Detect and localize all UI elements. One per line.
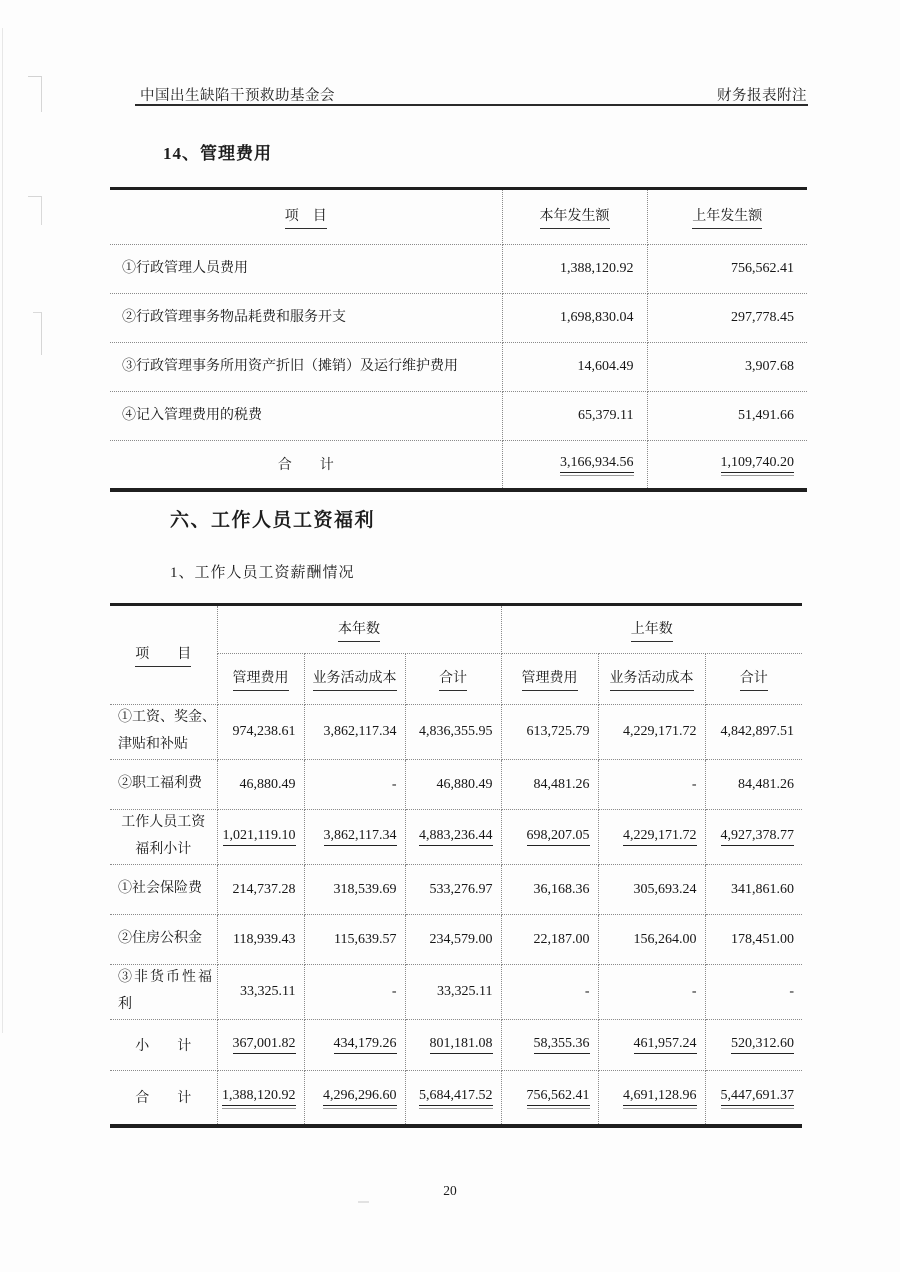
cy-admin-amount: 214,737.28 bbox=[217, 865, 304, 915]
py-total-amount: 4,842,897.51 bbox=[705, 705, 802, 760]
py-total-amount: - bbox=[705, 965, 802, 1020]
section-title-admin-expenses: 14、管理费用 bbox=[163, 139, 272, 164]
py-activity-amount: - bbox=[598, 965, 705, 1020]
item-label: ③非货币性福 利 bbox=[110, 965, 217, 1020]
py-activity-amount: 156,264.00 bbox=[598, 915, 705, 965]
column-header-activity-cost: 业务活动成本 bbox=[598, 654, 705, 705]
scan-artifact-bracket bbox=[28, 76, 42, 112]
table-row: ③非货币性福 利 33,325.11 - 33,325.11 - - - bbox=[110, 965, 802, 1020]
column-header-item: 项 目 bbox=[110, 189, 502, 245]
staff-salary-table: 项 目 本年数 上年数 管理费用 业务活动成本 合计 管理费用 业务活动成本 合… bbox=[110, 603, 802, 1128]
prior-year-amount: 51,491.66 bbox=[647, 392, 807, 441]
item-label: ②职工福利费 bbox=[110, 760, 217, 810]
header-organization-name: 中国出生缺陷干预救助基金会 bbox=[140, 84, 335, 105]
table-total-row: 合 计 3,166,934.56 1,109,740.20 bbox=[110, 441, 807, 490]
cy-total-amount: 234,579.00 bbox=[405, 915, 501, 965]
cy-admin-amount: 118,939.43 bbox=[217, 915, 304, 965]
py-admin-total: 756,562.41 bbox=[501, 1071, 598, 1126]
cy-admin-amount: 33,325.11 bbox=[217, 965, 304, 1020]
total-label: 合 计 bbox=[110, 441, 502, 490]
table-row: ②住房公积金 118,939.43 115,639.57 234,579.00 … bbox=[110, 915, 802, 965]
py-activity-amount: 305,693.24 bbox=[598, 865, 705, 915]
cy-total-amount: 533,276.97 bbox=[405, 865, 501, 915]
current-year-total: 3,166,934.56 bbox=[502, 441, 647, 490]
table-header-row: 项 目 本年发生额 上年发生额 bbox=[110, 189, 807, 245]
cy-activity-amount: - bbox=[304, 760, 405, 810]
document-page: 中国出生缺陷干预救助基金会 财务报表附注 14、管理费用 项 目 本年发生额 上… bbox=[0, 0, 900, 1272]
cy-admin-amount: 974,238.61 bbox=[217, 705, 304, 760]
py-admin-amount: 22,187.00 bbox=[501, 915, 598, 965]
column-header-total: 合计 bbox=[405, 654, 501, 705]
admin-expenses-table: 项 目 本年发生额 上年发生额 ①行政管理人员费用 1,388,120.92 7… bbox=[110, 187, 807, 492]
py-admin-amount: 58,355.36 bbox=[501, 1020, 598, 1071]
py-total-amount: 520,312.60 bbox=[705, 1020, 802, 1071]
group-header-current-year: 本年数 bbox=[217, 605, 501, 654]
py-admin-amount: 36,168.36 bbox=[501, 865, 598, 915]
column-header-total: 合计 bbox=[705, 654, 802, 705]
item-label: ③行政管理事务所用资产折旧（摊销）及运行维护费用 bbox=[110, 343, 502, 392]
item-label: ①行政管理人员费用 bbox=[110, 245, 502, 294]
table-row: ①社会保险费 214,737.28 318,539.69 533,276.97 … bbox=[110, 865, 802, 915]
prior-year-amount: 756,562.41 bbox=[647, 245, 807, 294]
py-activity-amount: 461,957.24 bbox=[598, 1020, 705, 1071]
current-year-amount: 65,379.11 bbox=[502, 392, 647, 441]
prior-year-amount: 297,778.45 bbox=[647, 294, 807, 343]
item-label: ①社会保险费 bbox=[110, 865, 217, 915]
cy-total-amount: 4,883,236.44 bbox=[405, 810, 501, 865]
table-row: ③行政管理事务所用资产折旧（摊销）及运行维护费用 14,604.49 3,907… bbox=[110, 343, 807, 392]
cy-total-total: 5,684,417.52 bbox=[405, 1071, 501, 1126]
header-document-type: 财务报表附注 bbox=[717, 84, 807, 105]
table-row: ②职工福利费 46,880.49 - 46,880.49 84,481.26 -… bbox=[110, 760, 802, 810]
py-total-amount: 84,481.26 bbox=[705, 760, 802, 810]
cy-admin-amount: 367,001.82 bbox=[217, 1020, 304, 1071]
item-label: ④记入管理费用的税费 bbox=[110, 392, 502, 441]
column-header-admin-expense: 管理费用 bbox=[501, 654, 598, 705]
cy-total-amount: 33,325.11 bbox=[405, 965, 501, 1020]
cy-activity-total: 4,296,296.60 bbox=[304, 1071, 405, 1126]
subtotal-row: 工作人员工资 福利小计 1,021,119.10 3,862,117.34 4,… bbox=[110, 810, 802, 865]
item-label: ②住房公积金 bbox=[110, 915, 217, 965]
subtotal-label: 工作人员工资 福利小计 bbox=[110, 810, 217, 865]
py-activity-amount: - bbox=[598, 760, 705, 810]
scan-artifact-bracket bbox=[33, 312, 42, 355]
cy-activity-amount: 318,539.69 bbox=[304, 865, 405, 915]
cy-total-amount: 46,880.49 bbox=[405, 760, 501, 810]
item-label: ②行政管理事务物品耗费和服务开支 bbox=[110, 294, 502, 343]
cy-activity-amount: - bbox=[304, 965, 405, 1020]
subtotal-row: 小 计 367,001.82 434,179.26 801,181.08 58,… bbox=[110, 1020, 802, 1071]
subsection-title-salary-situation: 1、工作人员工资薪酬情况 bbox=[170, 561, 355, 582]
column-header-item: 项 目 bbox=[110, 605, 217, 705]
group-header-prior-year: 上年数 bbox=[501, 605, 802, 654]
cy-activity-amount: 3,862,117.34 bbox=[304, 705, 405, 760]
py-total-amount: 178,451.00 bbox=[705, 915, 802, 965]
table-row: ②行政管理事务物品耗费和服务开支 1,698,830.04 297,778.45 bbox=[110, 294, 807, 343]
py-admin-amount: - bbox=[501, 965, 598, 1020]
py-activity-amount: 4,229,171.72 bbox=[598, 705, 705, 760]
column-header-admin-expense: 管理费用 bbox=[217, 654, 304, 705]
table-row: ④记入管理费用的税费 65,379.11 51,491.66 bbox=[110, 392, 807, 441]
py-admin-amount: 698,207.05 bbox=[501, 810, 598, 865]
py-activity-total: 4,691,128.96 bbox=[598, 1071, 705, 1126]
cy-total-amount: 4,836,355.95 bbox=[405, 705, 501, 760]
cy-admin-amount: 46,880.49 bbox=[217, 760, 304, 810]
current-year-amount: 1,698,830.04 bbox=[502, 294, 647, 343]
scan-artifact-bracket bbox=[28, 196, 42, 225]
header-rule bbox=[135, 104, 808, 106]
cy-activity-amount: 3,862,117.34 bbox=[304, 810, 405, 865]
group-header-row: 项 目 本年数 上年数 bbox=[110, 605, 802, 654]
prior-year-amount: 3,907.68 bbox=[647, 343, 807, 392]
total-label: 合 计 bbox=[110, 1071, 217, 1126]
column-header-current-year: 本年发生额 bbox=[502, 189, 647, 245]
py-activity-amount: 4,229,171.72 bbox=[598, 810, 705, 865]
item-label: ①工资、奖金、 津贴和补贴 bbox=[110, 705, 217, 760]
prior-year-total: 1,109,740.20 bbox=[647, 441, 807, 490]
page-number: 20 bbox=[0, 1183, 900, 1199]
py-admin-amount: 84,481.26 bbox=[501, 760, 598, 810]
current-year-amount: 14,604.49 bbox=[502, 343, 647, 392]
grand-total-row: 合 计 1,388,120.92 4,296,296.60 5,684,417.… bbox=[110, 1071, 802, 1126]
current-year-amount: 1,388,120.92 bbox=[502, 245, 647, 294]
subtotal-label: 小 计 bbox=[110, 1020, 217, 1071]
py-total-amount: 341,861.60 bbox=[705, 865, 802, 915]
column-header-activity-cost: 业务活动成本 bbox=[304, 654, 405, 705]
cy-admin-amount: 1,021,119.10 bbox=[217, 810, 304, 865]
py-total-amount: 4,927,378.77 bbox=[705, 810, 802, 865]
py-admin-amount: 613,725.79 bbox=[501, 705, 598, 760]
cy-activity-amount: 434,179.26 bbox=[304, 1020, 405, 1071]
scan-artifact-edge-line bbox=[2, 28, 3, 1033]
scan-artifact-dash bbox=[358, 1201, 369, 1203]
table-row: ①工资、奖金、 津贴和补贴 974,238.61 3,862,117.34 4,… bbox=[110, 705, 802, 760]
cy-activity-amount: 115,639.57 bbox=[304, 915, 405, 965]
cy-admin-total: 1,388,120.92 bbox=[217, 1071, 304, 1126]
cy-total-amount: 801,181.08 bbox=[405, 1020, 501, 1071]
column-header-prior-year: 上年发生额 bbox=[647, 189, 807, 245]
section-title-staff-welfare: 六、工作人员工资福利 bbox=[170, 505, 375, 532]
table-row: ①行政管理人员费用 1,388,120.92 756,562.41 bbox=[110, 245, 807, 294]
py-total-total: 5,447,691.37 bbox=[705, 1071, 802, 1126]
